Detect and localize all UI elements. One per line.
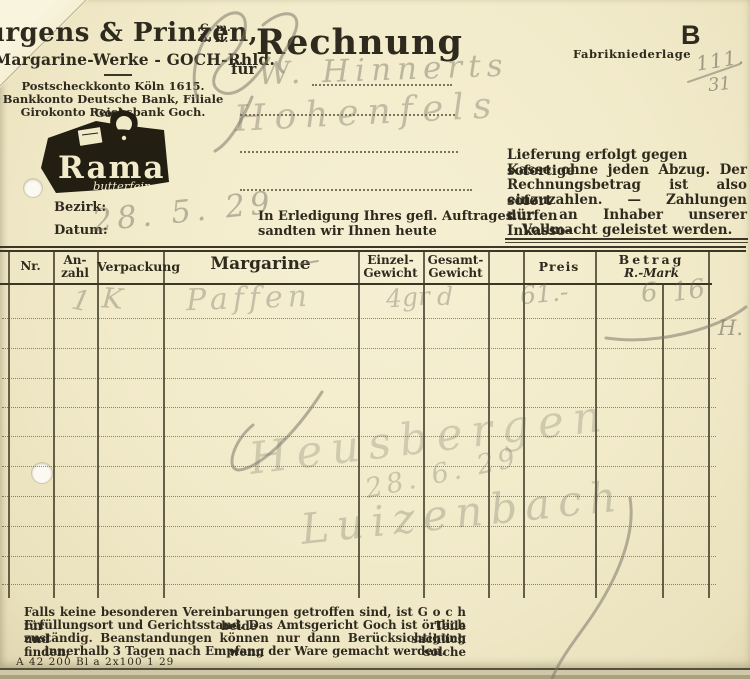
order-note-line-2: sandten wir Ihnen heute bbox=[258, 224, 437, 239]
header-einzel-2: Gewicht bbox=[358, 267, 423, 280]
rama-logo: Rama butterfein bbox=[36, 108, 172, 200]
hw-row1-betrag-mark: 6 bbox=[639, 277, 659, 309]
hw-row1-verpackung: K bbox=[101, 281, 124, 315]
header-gesamt-2: Gewicht bbox=[423, 267, 488, 280]
table-row-line bbox=[2, 378, 716, 379]
paper-bottom-edge bbox=[0, 668, 750, 679]
form-number: A 42 200 Bl a 2x100 1 29 bbox=[16, 656, 174, 668]
subtitle-rule bbox=[104, 74, 132, 76]
hw-row1-preis: 61.- bbox=[519, 277, 570, 310]
hw-row1-betrag-pf: 16 bbox=[670, 274, 707, 308]
recipient-line-4 bbox=[240, 189, 472, 191]
recipient-line-3 bbox=[240, 151, 458, 153]
header-verpackung: Verpackung bbox=[97, 260, 163, 273]
company-type-line2: b. H. bbox=[200, 33, 228, 45]
header-betrag-1: Betrag bbox=[595, 253, 708, 266]
terms-line-2: Kasse ohne jeden Abzug. Der bbox=[507, 162, 747, 178]
header-einzel-1: Einzel- bbox=[358, 254, 423, 267]
hw-row1-margarine: Paffen bbox=[185, 279, 312, 318]
table-column-divider bbox=[53, 250, 55, 598]
header-anzahl-2: zahl bbox=[53, 267, 97, 280]
header-anzahl-1: An- bbox=[53, 254, 97, 267]
table-row-line bbox=[2, 556, 716, 557]
table-right-border bbox=[708, 250, 710, 598]
table-row-line bbox=[2, 318, 716, 319]
header-nr: Nr. bbox=[8, 260, 53, 273]
woman-collar-dot bbox=[122, 136, 126, 140]
for-label: für bbox=[231, 60, 256, 78]
table-column-divider bbox=[8, 250, 10, 598]
table-column-divider bbox=[163, 250, 165, 598]
table-row-line bbox=[2, 348, 716, 349]
bank-line-1: Postscheckkonto Köln 1615. bbox=[0, 79, 226, 93]
terms-double-rule-b bbox=[505, 242, 748, 243]
header-preis: Preis bbox=[523, 260, 595, 273]
header-margarine: Margarine bbox=[163, 256, 358, 274]
table-betrag-split-divider bbox=[662, 283, 664, 598]
butter-package bbox=[77, 126, 103, 147]
order-note-line-1: In Erledigung Ihres gefl. Auftrages bbox=[258, 209, 513, 224]
handwritten-file-number-bottom: 31 bbox=[707, 73, 732, 96]
branch-label: Fabrikniederlage bbox=[573, 47, 691, 61]
hw-row1-gesamt: d bbox=[437, 282, 453, 311]
hw-row1-einzel: 4gr bbox=[385, 282, 431, 314]
table-column-divider bbox=[97, 250, 99, 598]
sort-letter: B bbox=[681, 20, 701, 51]
header-gesamt-1: Gesamt- bbox=[423, 254, 488, 267]
scanned-invoice-document: ürgens & Prinzen, G. m. b. H. Margarine-… bbox=[0, 0, 750, 679]
terms-line-6: Vollmacht geleistet werden. bbox=[507, 222, 747, 238]
table-top-rule-a bbox=[0, 246, 746, 248]
terms-double-rule-a bbox=[505, 238, 748, 240]
logo-tagline-text: butterfein bbox=[93, 179, 151, 193]
hw-margin-note: H. bbox=[718, 316, 743, 340]
table-row-line bbox=[2, 584, 716, 585]
